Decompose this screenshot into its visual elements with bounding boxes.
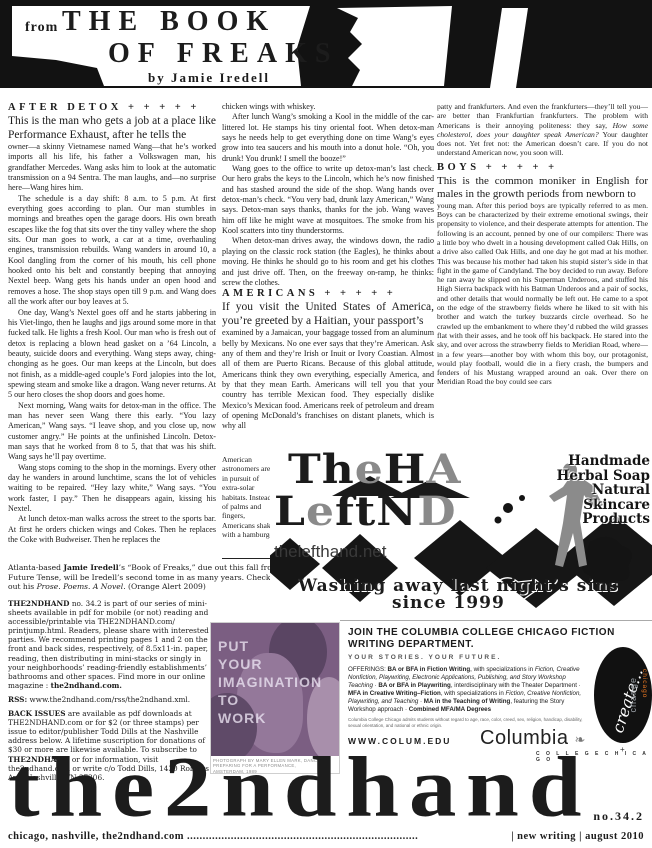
- degree-name: BA or BFA in Playwriting: [378, 682, 450, 689]
- chicago-vertical-text: chicago: [641, 669, 648, 698]
- masthead-title: the2ndhand: [8, 738, 591, 837]
- story-column-1: AFTER DETOX + + + + + This is the man wh…: [8, 102, 216, 545]
- logo-letter: h: [322, 446, 355, 493]
- section-lead: If you visit the United States of Americ…: [222, 301, 434, 328]
- issue-number: no.34.2: [593, 809, 644, 824]
- page-title-line2: OF FREAKS: [108, 38, 338, 70]
- story-paragraph: Wang stops coming to the shop in the mor…: [8, 463, 216, 515]
- story-paragraph: Wang goes to the office to write up deto…: [222, 164, 434, 236]
- logo-letter: H: [384, 446, 427, 493]
- tagline-line: Products: [480, 512, 650, 527]
- create-change-badge: create... change chicago: [594, 647, 652, 743]
- section-heading-boys: BOYS + + + + +: [437, 162, 648, 173]
- info-lead-bold: BACK ISSUES: [8, 709, 66, 718]
- lefthand-logo-line1: TheHA: [288, 446, 461, 493]
- footer-issue-info: | new writing | august 2010: [511, 831, 644, 842]
- tagline-line: Natural: [480, 483, 650, 498]
- logo-letter: e: [306, 488, 335, 535]
- page-title-line1: THE BOOK: [62, 6, 276, 38]
- columbia-offerings: OFFERINGS: BA or BFA in Fiction Writing,…: [348, 666, 586, 713]
- footer-line: chicago, nashville, the2ndhand.com .....…: [8, 831, 644, 842]
- author-bio-note: Atlanta-based Jamie Iredell’s “Book of F…: [8, 563, 280, 592]
- text-run: (Orange Alert 2009): [126, 582, 206, 591]
- story-column-2: chicken wings with whiskey. After lunch …: [222, 102, 434, 432]
- story-paragraph: chicken wings with whiskey.: [222, 102, 434, 112]
- tagline-line: Skincare: [480, 498, 650, 513]
- slogan-line: WORK: [218, 709, 322, 727]
- info-paragraph: THE2NDHAND no. 34.2 is part of our serie…: [8, 599, 210, 690]
- masthead: the2ndhand no.34.2: [8, 752, 644, 832]
- slogan-line: TO: [218, 691, 322, 709]
- imagination-ad-slogan: PUT YOUR IMAGINATION TO WORK: [218, 637, 322, 727]
- columbia-headline: JOIN THE COLUMBIA COLLEGE CHICAGO FICTIO…: [348, 627, 628, 650]
- lefthand-url-link[interactable]: thelefthand.net: [274, 542, 386, 562]
- section-lead: This is the common moniker in English fo…: [437, 175, 648, 201]
- logo-letter: D: [417, 488, 456, 535]
- author-name: Jamie Iredell: [63, 563, 118, 572]
- logo-letter: T: [288, 446, 322, 493]
- story-paragraph: At lunch detox-man walks across the stre…: [8, 514, 216, 545]
- logo-letter: e: [355, 446, 384, 493]
- logo-letter: f: [335, 488, 355, 535]
- story-column-2-narrow-wrap: American astronomers are in pursuit of e…: [222, 455, 276, 540]
- story-paragraph: examined by a Jamaican, your baggage tos…: [222, 328, 434, 431]
- text-run: , with specializations in: [441, 690, 506, 697]
- tagline-line: Herbal Soap: [480, 469, 650, 484]
- story-column-3: patty and frankfurters. And even the fra…: [437, 102, 648, 387]
- footer-dot-leader: ........................................…: [187, 831, 508, 842]
- tagline-line: Handmade: [480, 454, 650, 469]
- rss-label: RSS:: [8, 695, 27, 704]
- section-heading-americans: AMERICANS + + + + +: [222, 288, 434, 299]
- lefthand-soap-ad: TheHA LeftND Handmade Herbal Soap Natura…: [270, 450, 652, 620]
- site-link-text[interactable]: the2ndhand.com.: [51, 681, 122, 690]
- text-run: , with specializations in: [470, 666, 535, 673]
- section-divider-rule: [222, 558, 276, 559]
- text-run: , interdisciplinary with the Theater Dep…: [451, 682, 581, 689]
- slogan-line: IMAGINATION: [218, 673, 322, 691]
- section-heading-after-detox: AFTER DETOX + + + + +: [8, 102, 216, 113]
- degree-name: Combined MFA/MA Degrees: [409, 706, 491, 713]
- lefthand-tagline: Handmade Herbal Soap Natural Skincare Pr…: [480, 454, 650, 527]
- degree-name: MA in the Teaching of Writing: [424, 698, 511, 705]
- rss-url[interactable]: www.the2ndhand.com/rss/the2ndhand.xml.: [27, 695, 190, 704]
- header-kicker: from: [25, 20, 58, 36]
- book-title: Prose. Poems. A Novel.: [37, 582, 126, 591]
- text-run: OFFERINGS:: [348, 666, 388, 673]
- story-paragraph: patty and frankfurters. And even the fra…: [437, 102, 648, 158]
- logo-letter: t: [355, 488, 376, 535]
- story-paragraph: owner—a skinny Vietnamese named Wang—tha…: [8, 142, 216, 194]
- footer-cities-url[interactable]: chicago, nashville, the2ndhand.com: [8, 831, 184, 842]
- story-paragraph: Next morning, Wang waits for detox-man i…: [8, 401, 216, 463]
- lefthand-logo-line2: LeftND: [274, 488, 457, 535]
- info-paragraph: RSS: www.the2ndhand.com/rss/the2ndhand.x…: [8, 695, 210, 704]
- dancers-photo: PUT YOUR IMAGINATION TO WORK: [211, 623, 339, 756]
- text-run: Atlanta-based: [8, 563, 63, 572]
- section-lead: This is the man who gets a job at a plac…: [8, 115, 216, 142]
- info-lead-bold: THE2NDHAND: [8, 599, 70, 608]
- byline: by Jamie Iredell: [148, 70, 270, 86]
- degree-name: MFA in Creative Writing–Fiction: [348, 690, 441, 697]
- change-text: change: [628, 677, 638, 713]
- zine-page: from THE BOOK OF FREAKS by Jamie Iredell…: [0, 0, 652, 848]
- slogan-line: PUT: [218, 637, 322, 655]
- degree-name: BA or BFA in Fiction Writing: [388, 666, 471, 673]
- header-banner: from THE BOOK OF FREAKS by Jamie Iredell: [0, 0, 652, 88]
- slogan-line: YOUR: [218, 655, 322, 673]
- logo-letter: N: [376, 488, 417, 535]
- lefthand-slogan-line2: since 1999: [392, 593, 505, 613]
- story-paragraph: After lunch Wang’s smoking a Kool in the…: [222, 112, 434, 164]
- story-paragraph: young man. After this period boys are ty…: [437, 201, 648, 387]
- story-paragraph: The schedule is a day shift: 8 a.m. to 5…: [8, 194, 216, 308]
- logo-letter: L: [274, 488, 306, 535]
- story-paragraph: One day, Wang’s Nextel goes off and he s…: [8, 308, 216, 401]
- logo-letter: A: [426, 446, 461, 493]
- text-run: no. 34.2 is part of our series of mini-s…: [8, 599, 209, 690]
- story-paragraph: When detox-man drives away, the windows …: [222, 236, 434, 288]
